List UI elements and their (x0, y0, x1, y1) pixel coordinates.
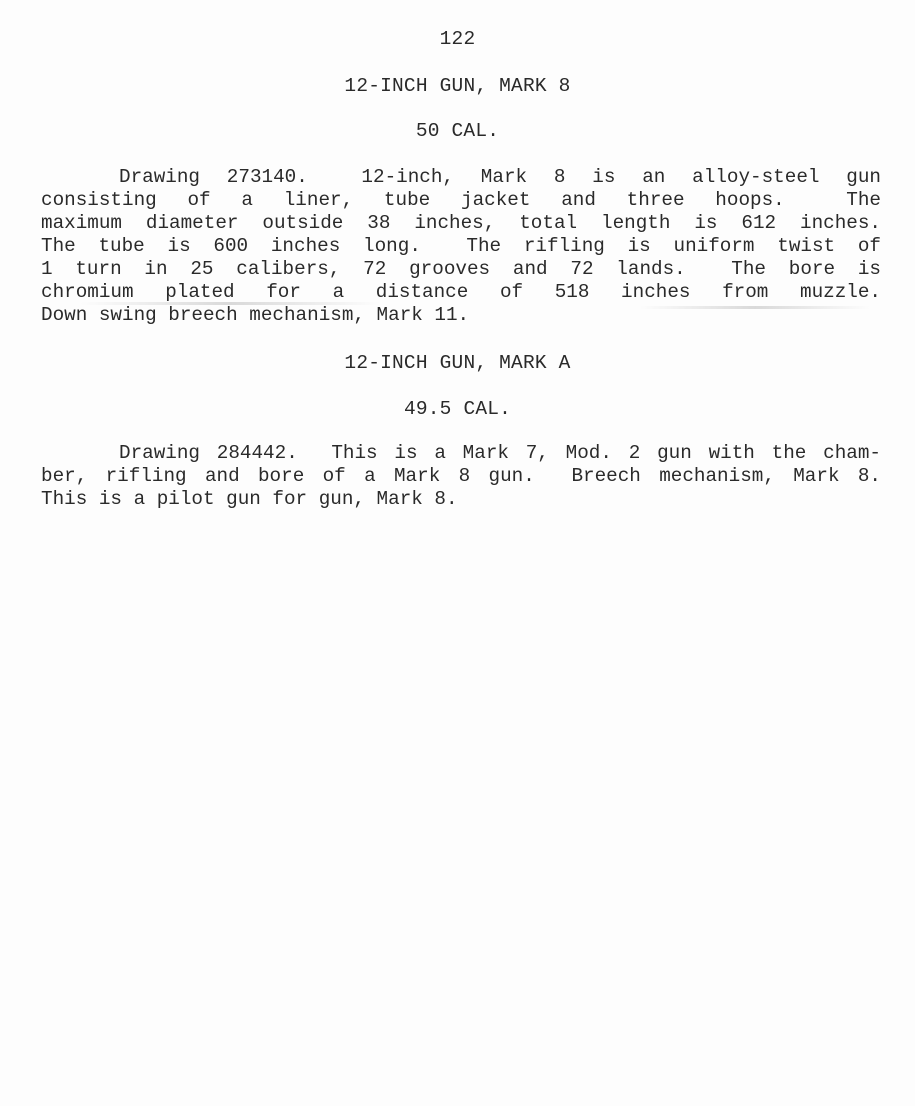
section-paragraph: Drawing 284442. This is a Mark 7, Mod. 2… (41, 442, 881, 511)
section-title: 12-INCH GUN, MARK A (0, 352, 915, 374)
paragraph-line: consisting of a liner, tube jacket and t… (41, 189, 881, 212)
paragraph-line: maximum diameter outside 38 inches, tota… (41, 212, 881, 235)
paragraph-line: Drawing 284442. This is a Mark 7, Mod. 2… (41, 442, 881, 465)
document-page: 122 12-INCH GUN, MARK 8 50 CAL. Drawing … (0, 0, 915, 1106)
page-number: 122 (0, 28, 915, 50)
reverse-side-bleed-through (40, 540, 885, 620)
paragraph-line: Down swing breech mechanism, Mark 11. (41, 304, 881, 327)
reverse-side-bleed-through (40, 735, 885, 825)
paragraph-line: ber, rifling and bore of a Mark 8 gun. B… (41, 465, 881, 488)
paragraph-line: This is a pilot gun for gun, Mark 8. (41, 488, 881, 511)
paragraph-line: The tube is 600 inches long. The rifling… (41, 235, 881, 258)
section-paragraph: Drawing 273140. 12-inch, Mark 8 is an al… (41, 166, 881, 327)
section-caliber: 50 CAL. (0, 120, 915, 142)
reverse-side-bleed-through (40, 955, 885, 1045)
paragraph-line: 1 turn in 25 calibers, 72 grooves and 72… (41, 258, 881, 281)
section-caliber: 49.5 CAL. (0, 398, 915, 420)
paragraph-line: Drawing 273140. 12-inch, Mark 8 is an al… (41, 166, 881, 189)
section-title: 12-INCH GUN, MARK 8 (0, 75, 915, 97)
paragraph-line: chromium plated for a distance of 518 in… (41, 281, 881, 304)
